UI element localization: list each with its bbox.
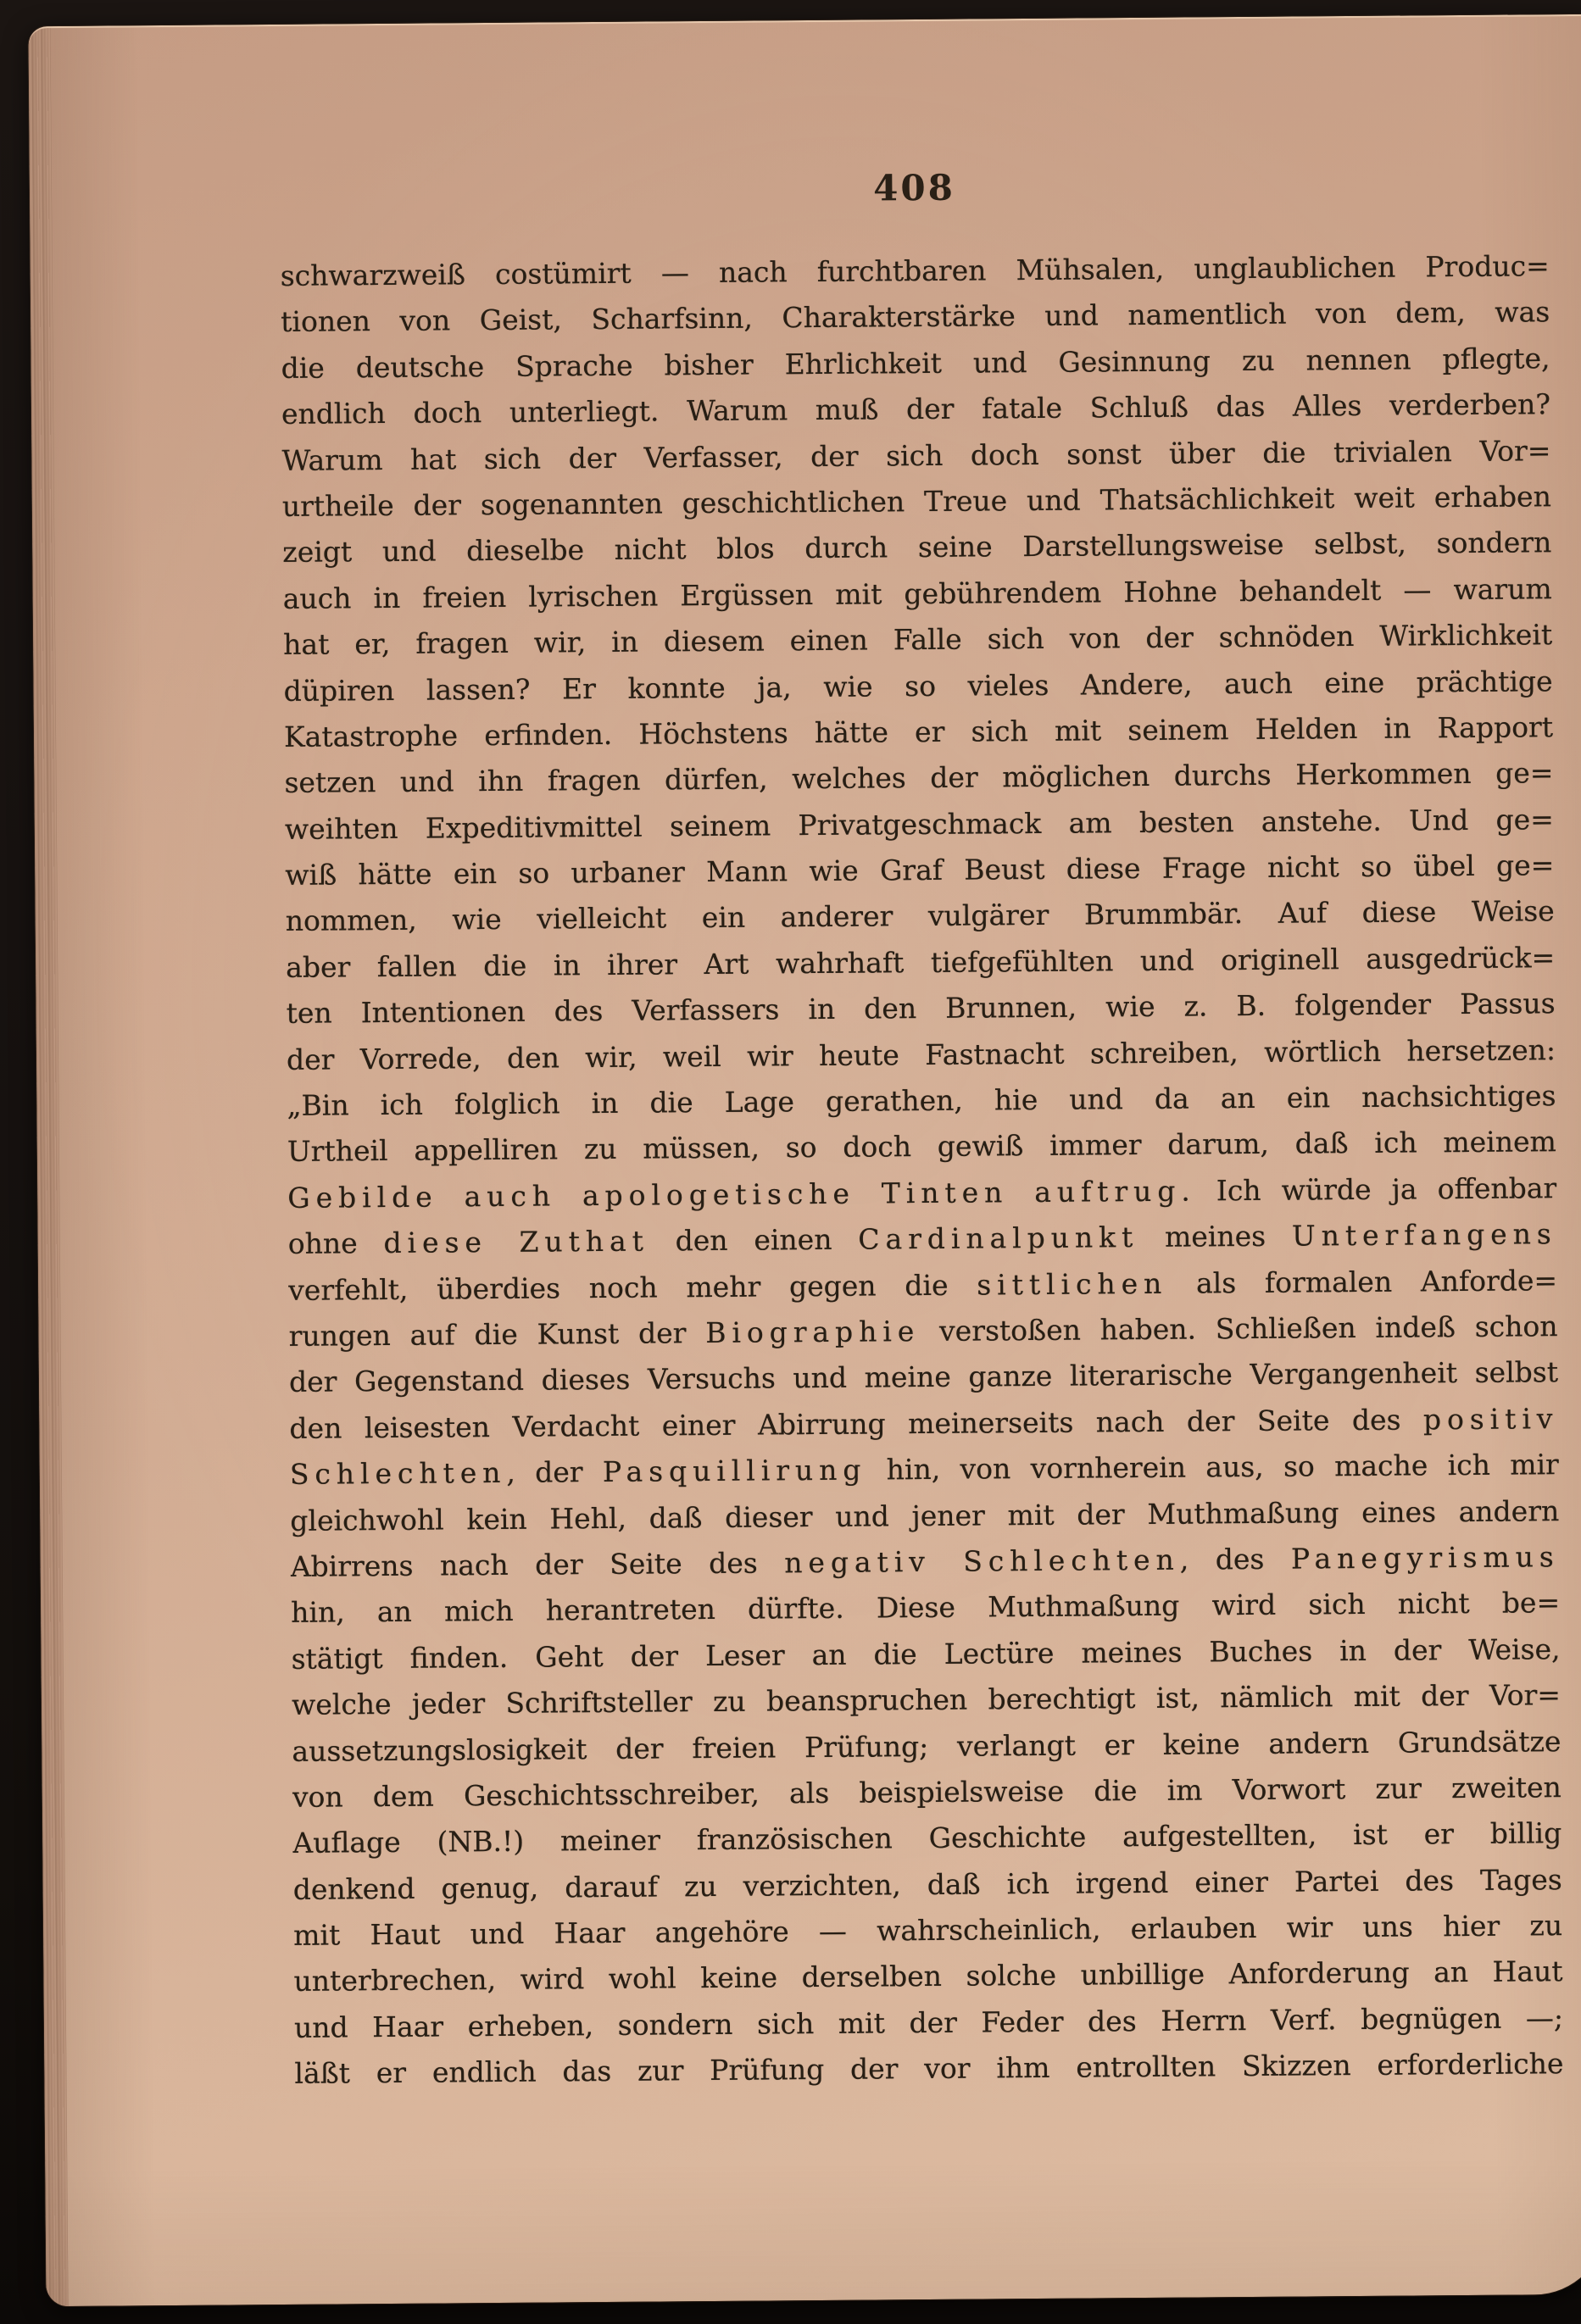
book-page: 408 schwarzweiß costümirt — nach furchtb… (28, 14, 1581, 2306)
text-line: läßt er endlich das zur Prüfung der vor … (294, 2041, 1563, 2097)
page-edge-stack (28, 28, 68, 2306)
scan-background: 408 schwarzweiß costümirt — nach furchtb… (0, 0, 1581, 2324)
page-content: 408 schwarzweiß costümirt — nach furchtb… (280, 162, 1564, 2097)
page-number: 408 (280, 162, 1549, 214)
page-text: schwarzweiß costümirt — nach furchtbaren… (281, 243, 1564, 2097)
